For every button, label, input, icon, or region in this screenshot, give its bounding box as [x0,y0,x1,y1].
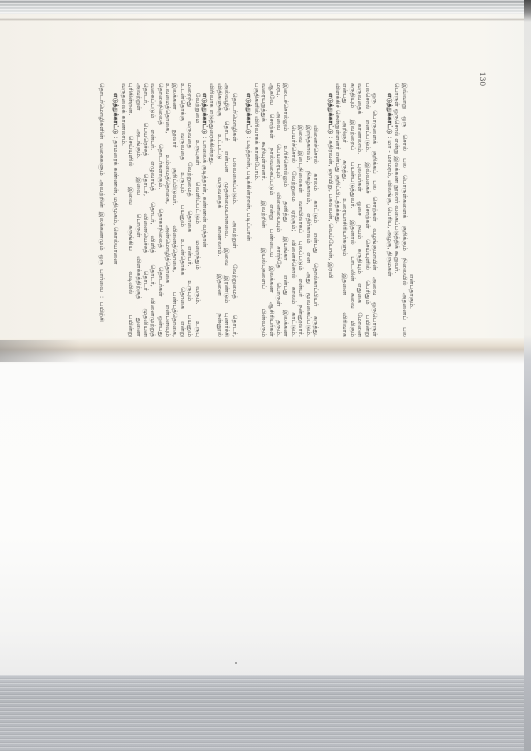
text-line: பொருள் ஒருசொல் என்று இலக்கண நூலார் வகைப்… [393,83,400,337]
text-line: பகுதிகளில் விரிவாகக் காண்போம். [252,83,259,337]
text-line: புரிகின்றன. செய்யுளில் இவை சுருங்கிய வடி… [127,83,134,337]
text-line: பலசொல் எனப்படும். இவ்வகைச் சொற்கள் செய்ய… [363,83,370,337]
example-line: எடுத்துக்காட்டு : தாமரைக் கண்ணன், மதிமுக… [112,83,119,337]
text-line: வரையறுத்துக் கூறியுள்ளனர். இவற்றின் இயல்… [260,83,267,337]
paragraph-gap [105,83,112,337]
text-line: விதிகளுக்கு உட்பட்டு வருவதைக் காணலாம். இ… [215,83,222,337]
text-line: ஆகவே சொற்கள் நால்வகைப்படும் என்று பண்டைய… [267,83,274,337]
example-line: எடுத்துக்காட்டு : படித்தான், படிக்கின்றா… [245,83,252,337]
text-line: இலக்கண நூலார் குறிப்பிடுவர். வினைத்தொகை,… [171,83,178,337]
text-line: வகைப்படும் என்பர். எழுவாய்த் தொடர், விளி… [149,83,156,337]
text-line-quoted: வினைச்சொல் காலம் காட்டும் என்பது தொல்காப… [312,83,319,337]
text-line-quoted: இறந்தகாலம், நிகழ்காலம், எதிர்காலம் என அத… [304,83,311,337]
page-edge-shadow [0,18,531,21]
page-text-block: என்பதாகும். இவ்வாறு ஒரு சொல் பல பொருள்கள… [93,83,415,337]
text-line: தொடர்மொழிகள் பலவகைப்படும். அவற்றுள் வேற்… [230,83,237,337]
text-line: அவற்றுள் அடங்கும். இவை பொருள் விளக்கத்தி… [134,83,141,337]
text-line: இவ்வாறு ஒரு சொல் பல பொருள்களைக் குறிக்கு… [400,83,407,337]
text-line: இடைச்சொல்லும் உரிச்சொல்லும் தனித்து இயங்… [282,83,289,337]
text-line-quoted: பெயர்ச்சொல் வேற்றுமை ஏற்கும்; வினைச்சொல்… [289,83,296,337]
text-line: வருதலைக் காணலாம். [119,83,126,337]
text-line: விளக்கிச் சென்றுள்ளனர் என்பது குறிப்பிடத… [334,83,341,337]
paragraph-gap [238,83,245,337]
example-text: : கதிரவன், ஞாயிறு, பகலவன், வெய்யோன், இரவ… [327,136,334,278]
text-line: விரிவாக எடுத்துரைக்கின்றது. [208,83,215,337]
example-label: எடுத்துக்காட்டு [386,93,393,134]
text-line: கருதியும் இவற்றைப் பயன்படுத்துவர். இதனால… [348,83,355,337]
example-text: : படித்தான், படிக்கின்றான், படிப்பான் [245,136,252,241]
text-line-continuation: என்பதாகும். [408,83,415,337]
example-line: எடுத்துக்காட்டு : மா - மாமரம், விலங்கு, … [385,83,392,337]
text-line: வேற்றுமை உருபுகள் வெளிப்பட்டும் மறைந்தும… [193,83,200,337]
scanner-edge-bottom [0,675,531,751]
example-label: எடுத்துக்காட்டு [112,93,119,134]
text-line: உடன்தொக்கு வருவதை உருபும் பயனும் உடன்தொக… [179,83,186,337]
scanner-edge-top [0,0,531,14]
paragraph-gap [378,83,385,337]
text-line: மரபு. அவை பெயரையும் வினையையும் சார்ந்தே … [275,83,282,337]
paragraph-gap [319,83,326,337]
text-line: உவமைத்தொகை, உம்மைத்தொகை, அன்மொழித்தொகை எ… [164,83,171,337]
example-text: : தாமரைக் கண்ணன், மதிமுகம், கொல்யானை [112,136,119,264]
facing-page-blank [0,364,531,675]
text-line: மறைந்து வருவதை வேற்றுமைத் தொகை என்பர். உ… [186,83,193,337]
text-line: தொகைநிலைத் தொடர்களாகும். தொகாநிலைத் தொடர… [156,83,163,337]
example-label: எடுத்துக்காட்டு [201,93,208,134]
scanner-edge-right [524,0,531,751]
text-line: வருவதைக் காணலாம். புலவர்கள் ஓசை நயம் கரு… [356,83,363,337]
example-line: எடுத்துக்காட்டு : பாலைக் குடித்தான், கண்… [201,83,208,337]
scanned-book-spread: 130 என்பதாகும். இவ்வாறு ஒரு சொல் பல பொரு… [0,0,531,751]
dust-speck [235,662,237,664]
example-label: எடுத்துக்காட்டு [245,93,252,134]
example-line: எடுத்துக்காட்டு : கதிரவன், ஞாயிறு, பகலவன… [326,83,333,337]
text-line-quoted: இவை இடைநிலைகள் வாயிலாகப் புலப்படும் என்ப… [297,83,304,337]
text-line: ஒரு பொருளைக் குறிக்கப் பல சொற்கள் வழங்கு… [371,83,378,337]
text-line: என்பது அறிஞர் கருத்து. உரையாசிரியர்களும்… [341,83,348,337]
section-heading: தொடர்மொழிகளின் வகைகளும் அவற்றின் இலக்கணம… [97,83,104,337]
text-line: அல்வழித் தொடர் என்பன முதன்மையானவை. இவை இ… [223,83,230,337]
text-line: தொடர், பெயரெச்சத் தொடர், வினையெச்சத் தொட… [142,83,149,337]
example-label: எடுத்துக்காட்டு [327,93,334,134]
example-text: : பாலைக் குடித்தான், கண்ணன் வந்தான் [201,136,208,247]
example-text: : மா - மாமரம், விலங்கு, பெரிய, அழகு, திர… [386,136,393,276]
page-number: 130 [477,67,487,91]
gutter-dark-corner [0,340,80,362]
